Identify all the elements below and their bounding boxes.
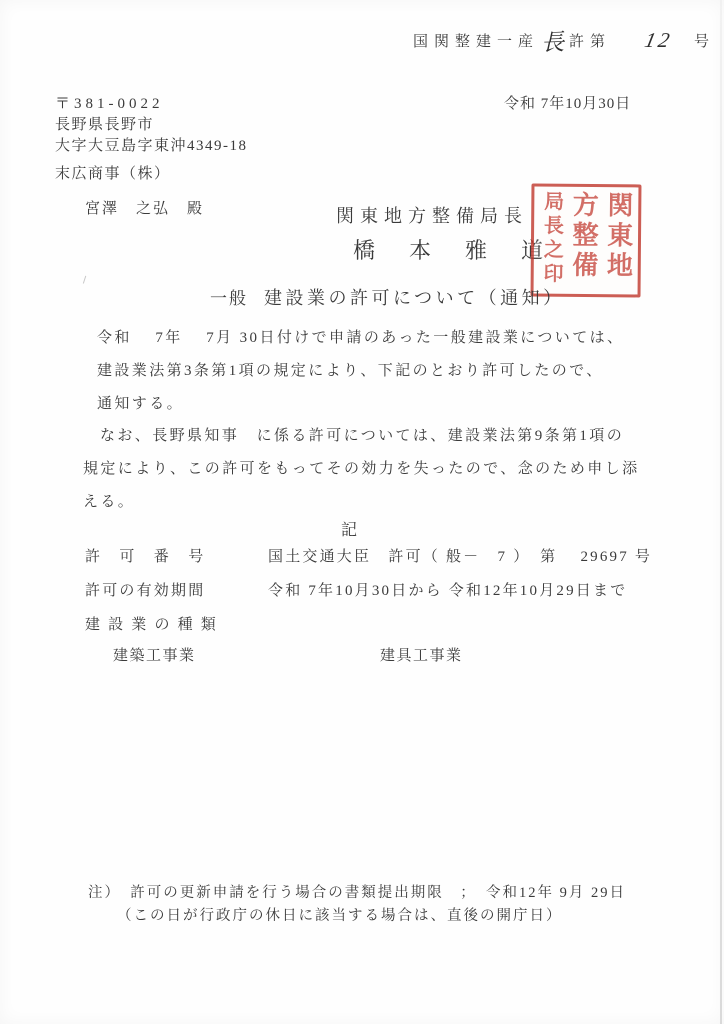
doc-ref-handwritten-char: 長 [540, 24, 565, 58]
issuer-title: 関東地方整備局長 [336, 202, 528, 228]
record-table: 許 可 番 号 国土交通大臣 許可（ 般－ 7 ） 第 29697 号 許可の有… [85, 546, 652, 636]
recipient-address-line2: 大字大豆島字東沖4349-18 [55, 136, 248, 157]
footer-note: 注） 許可の更新申請を行う場合の書類提出期限 ； 令和12年 9月 29日 （こ… [88, 882, 626, 928]
paragraph1-line2: 建設業法第3条第1項の規定により、下記のとおり許可したので、 [97, 355, 624, 388]
document-reference-number: 国関整建一産 長 許第 12 号 [413, 24, 715, 57]
body-paragraph-2: なお、長野県知事 に係る許可については、建設業法第9条第1項の 規定により、この… [83, 420, 640, 519]
paragraph1-line3: 通知する。 [97, 388, 624, 421]
record-row-business-type: 建 設 業 の 種 類 [85, 614, 652, 636]
paragraph2-line2: 規定により、この許可をもってその効力を失ったので、念のため申し添 [83, 453, 640, 486]
footer-note-line2: （この日が行政庁の休日に該当する場合は、直後の開庁日） [88, 905, 626, 928]
record-row-valid-period: 許可の有効期間 令和 7年10月30日から 令和12年10月29日まで [85, 580, 652, 602]
recipient-company-name: 末広商事（株） [55, 164, 248, 185]
record-row-permit-number: 許 可 番 号 国土交通大臣 許可（ 般－ 7 ） 第 29697 号 [85, 546, 652, 568]
doc-ref-middle: 許第 [569, 30, 611, 51]
doc-ref-prefix: 国関整建一産 [413, 30, 539, 51]
seal-text-column-2: 方整備 [570, 191, 597, 290]
scan-artifact [83, 276, 88, 285]
record-label: 建 設 業 の 種 類 [85, 614, 268, 636]
paragraph1-line1: 令和 7年 7月 30日付けで申請のあった一般建設業については、 [97, 322, 624, 355]
recipient-address-line1: 長野県長野市 [55, 115, 248, 136]
footer-note-line1: 注） 許可の更新申請を行う場合の書類提出期限 ； 令和12年 9月 29日 [88, 882, 626, 905]
record-value: 令和 7年10月30日から 令和12年10月29日まで [268, 580, 627, 602]
paragraph2-line1: なお、長野県知事 に係る許可については、建設業法第9条第1項の [83, 420, 640, 453]
record-heading: 記 [341, 517, 358, 540]
seal-text-column-1: 関東地 [604, 191, 631, 290]
recipient-address-block: 〒381-0022 長野県長野市 大字大豆島字東沖4349-18 末広商事（株） [55, 94, 248, 185]
subject-line: 一般 建設業の許可について（通知） [210, 284, 565, 310]
recipient-person-name: 宮澤 之弘 殿 [85, 197, 204, 218]
record-label: 許 可 番 号 [85, 546, 268, 568]
record-value: 国土交通大臣 許可（ 般－ 7 ） 第 29697 号 [268, 546, 652, 568]
official-seal: 関東地 方整備 局長之印 [531, 184, 642, 298]
issue-date: 令和 7年10月30日 [504, 92, 631, 113]
doc-ref-handwritten-number: 12 [642, 28, 674, 53]
subject-category: 一般 [210, 284, 248, 310]
scan-edge-artifact [720, 0, 722, 1024]
business-type-2: 建具工事業 [380, 644, 463, 665]
doc-ref-suffix: 号 [694, 30, 715, 51]
record-label: 許可の有効期間 [85, 580, 268, 602]
subject-title: 建設業の許可について（通知） [264, 284, 565, 310]
recipient-postal-code: 〒381-0022 [55, 94, 248, 115]
paragraph2-line3: える。 [83, 486, 640, 519]
seal-text-column-3: 局長之印 [541, 191, 562, 290]
business-type-1: 建築工事業 [113, 644, 196, 665]
body-paragraph-1: 令和 7年 7月 30日付けで申請のあった一般建設業については、 建設業法第3条… [97, 322, 624, 421]
scanned-permit-notice-page: 国関整建一産 長 許第 12 号 令和 7年10月30日 〒381-0022 長… [0, 0, 724, 1024]
